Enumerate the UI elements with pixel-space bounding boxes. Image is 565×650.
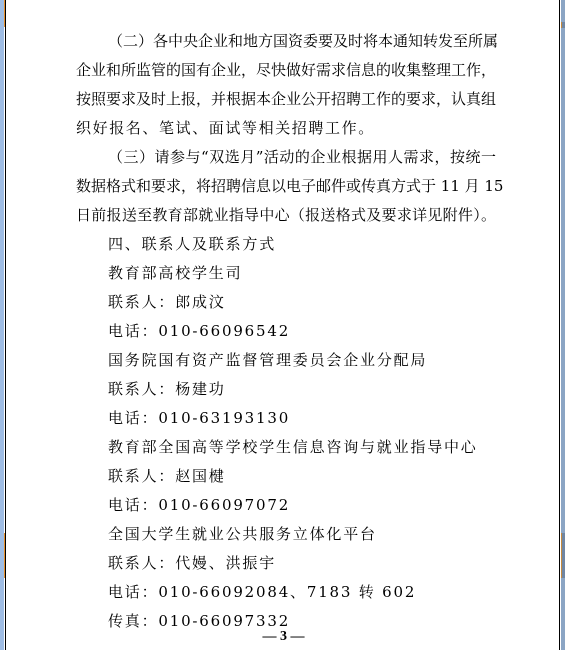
- contact-person: 联系人：代嫚、洪振宇: [108, 553, 276, 573]
- section-heading: 四、联系人及联系方式: [108, 234, 276, 254]
- contact-phone: 电话：010-66092084、7183 转 602: [108, 582, 416, 602]
- document-page: （二）各中央企业和地方国资委要及时将本通知转发至所属 企业和所监管的国有企业，尽…: [5, 0, 560, 650]
- paragraph-line: 日前报送至教育部就业指导中心（报送格式及要求详见附件）。: [76, 205, 496, 225]
- paragraph-line: 按照要求及时上报，并根据本企业公开招聘工作的要求，认真组: [76, 89, 496, 109]
- contact-organization: 教育部全国高等学校学生信息咨询与就业指导中心: [108, 437, 478, 457]
- selection-marker: [561, 533, 562, 578]
- contact-phone: 电话：010-66097072: [108, 495, 290, 515]
- paragraph-line: 企业和所监管的国有企业，尽快做好需求信息的收集整理工作，: [76, 60, 496, 80]
- paragraph-line: （二）各中央企业和地方国资委要及时将本通知转发至所属: [108, 31, 496, 51]
- selection-marker: [561, 22, 562, 28]
- contact-phone: 电话：010-63193130: [108, 408, 290, 428]
- contact-phone: 电话：010-66096542: [108, 321, 290, 341]
- paragraph-line: （三）请参与“双选月”活动的企业根据用人需求，按统一: [108, 147, 496, 167]
- paragraph-line: 数据格式和要求，将招聘信息以电子邮件或传真方式于 11 月 15: [76, 176, 496, 196]
- contact-organization: 全国大学生就业公共服务立体化平台: [108, 524, 377, 544]
- contact-person: 联系人：郎成汶: [108, 292, 226, 312]
- page-number: — 3 —: [6, 628, 561, 646]
- contact-organization: 国务院国有资产监督管理委员会企业分配局: [108, 350, 427, 370]
- contact-person: 联系人：杨建功: [108, 379, 226, 399]
- contact-organization: 教育部高校学生司: [108, 263, 242, 283]
- paragraph-line: 织好报名、笔试、面试等相关招聘工作。: [76, 118, 375, 138]
- contact-person: 联系人：赵国楗: [108, 466, 226, 486]
